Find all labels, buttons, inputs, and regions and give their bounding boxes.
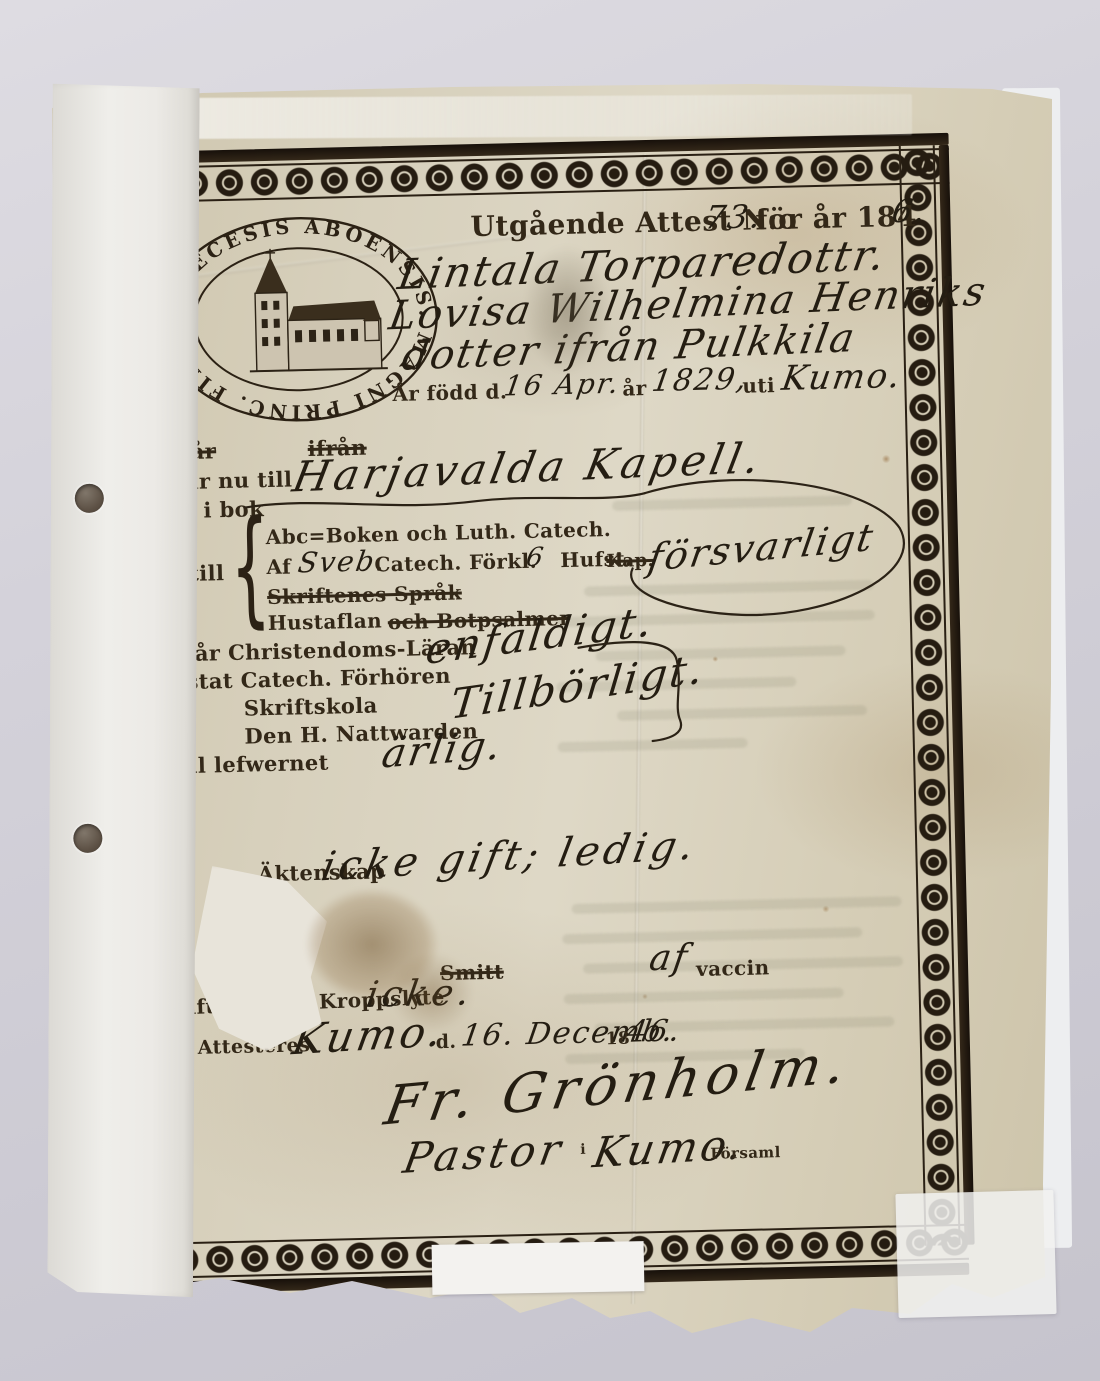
border-top	[107, 133, 950, 204]
tape-bottom-right	[895, 1190, 1056, 1318]
utantill-item4: Hustaflan	[268, 608, 383, 635]
binding-strip	[47, 84, 199, 1298]
bleedthrough-line	[612, 495, 852, 511]
born-place: Kumo.	[779, 356, 905, 399]
certificate-paper: DIOECESIS ABOENSIS. MAGNI PRINC. FINL.	[52, 84, 1057, 1334]
signature-i: i	[580, 1142, 586, 1158]
born-in-label: uti	[742, 373, 775, 398]
row-attest-year: 46.	[625, 1013, 684, 1049]
bleedthrough-line	[584, 580, 874, 597]
utantill-item2-value: försvarligt	[645, 515, 878, 580]
tape-top	[196, 94, 912, 139]
row-skriftskola-label: Skriftskola	[244, 692, 378, 720]
large-stain	[292, 859, 492, 1049]
church-illustration	[247, 246, 388, 371]
born-year: 1829,	[650, 362, 751, 399]
bleedthrough-line	[617, 705, 867, 721]
photo-of-certificate: DIOECESIS ABOENSIS. MAGNI PRINC. FINL.	[0, 0, 1100, 1381]
utantill-item3: Skriftenes Språk	[267, 580, 462, 609]
smudge-stain	[507, 229, 627, 429]
header-year-digit: 6.	[889, 191, 929, 230]
born-label: År född d.	[392, 379, 507, 406]
row-lefwernet-value: ärlig.	[379, 722, 506, 777]
utantill-item2-hand2: 6	[524, 542, 547, 573]
signature-role: Pastor	[400, 1124, 569, 1183]
bleedthrough-line	[564, 988, 844, 1005]
bleedthrough-line	[562, 927, 862, 944]
tape-bottom-center	[432, 1241, 645, 1295]
bleedthrough-line	[572, 896, 902, 914]
utantill-item2-mid: Catech. Förkl.	[374, 549, 537, 577]
punch-hole-top	[75, 484, 104, 513]
utantill-item2-pre: Af	[266, 554, 291, 579]
bleedthrough-line	[558, 738, 748, 752]
utantill-item1: Abc=Boken och Luth. Catech.	[265, 517, 611, 549]
signature-parish: Församl	[710, 1143, 781, 1163]
row-koppor-label2: vaccin	[696, 955, 770, 981]
row-koppor-hand: af	[647, 937, 692, 979]
punch-hole-bottom	[73, 824, 102, 853]
